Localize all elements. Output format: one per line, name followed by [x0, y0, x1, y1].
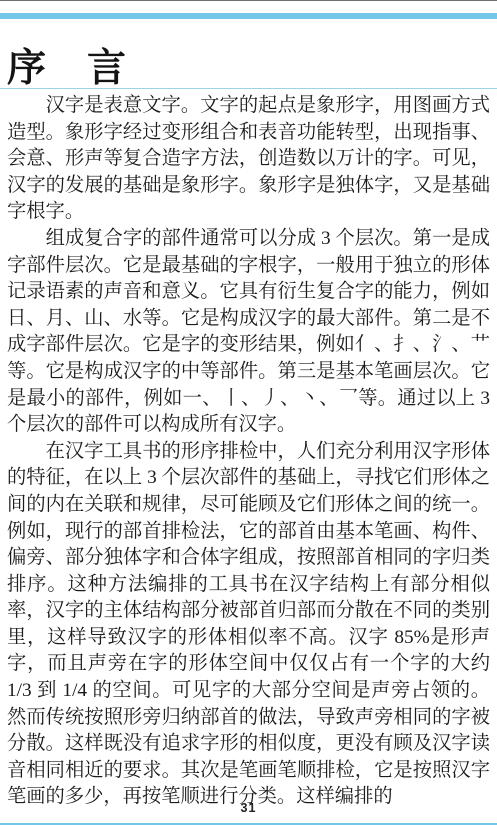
- title-divider-line: [0, 88, 497, 89]
- top-accent-bar: [0, 13, 497, 19]
- paragraph-1: 汉字是表意文字。文字的起点是象形字，用图画方式造型。象形字经过变形组合和表音功能…: [7, 93, 490, 226]
- top-hairline: [0, 0, 497, 1]
- page-title: 序 言: [7, 46, 127, 93]
- document-page: 序 言 汉字是表意文字。文字的起点是象形字，用图画方式造型。象形字经过变形组合和…: [0, 0, 497, 825]
- body-text: 汉字是表意文字。文字的起点是象形字，用图画方式造型。象形字经过变形组合和表音功能…: [7, 93, 490, 811]
- page-number: 31: [0, 801, 497, 815]
- paragraph-2: 组成复合字的部件通常可以分成 3 个层次。第一是成字部件层次。它是最基础的字根字…: [7, 226, 490, 439]
- paragraph-3: 在汉字工具书的形序排检中，人们充分利用汉字形体的特征，在以上 3 个层次部件的基…: [7, 439, 490, 811]
